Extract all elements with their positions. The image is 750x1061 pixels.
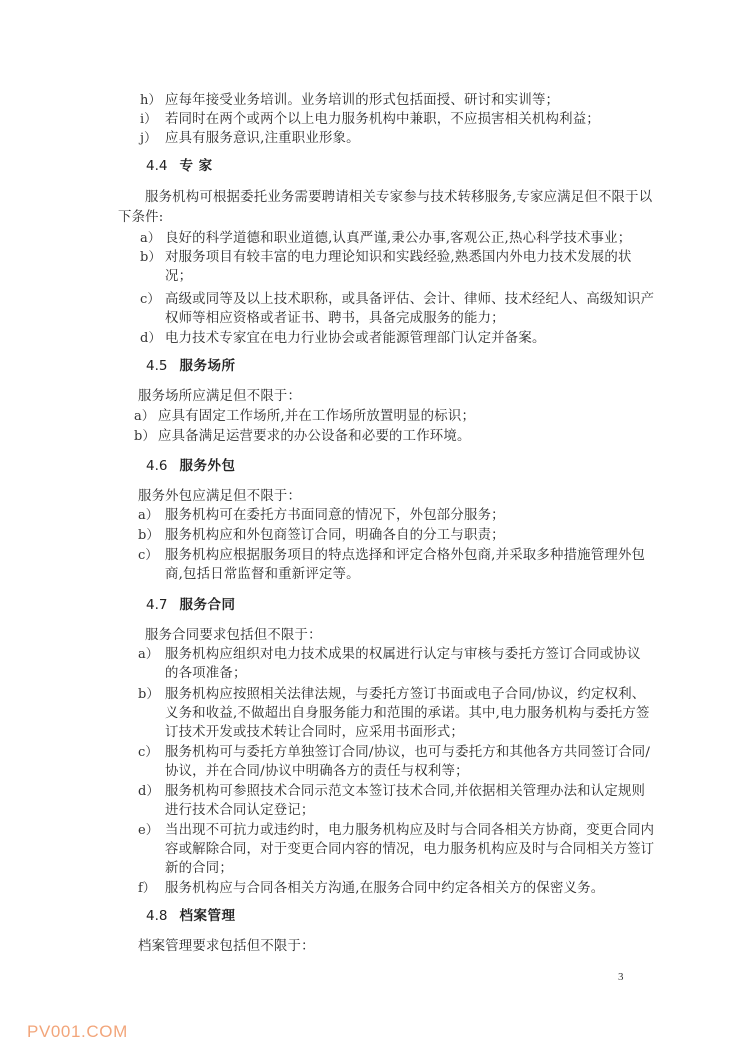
list-marker: c） bbox=[138, 743, 158, 762]
list-item-text: 对服务项目有较丰富的电力理论知识和实践经验,熟悉国内外电力技术发展的状 bbox=[165, 248, 632, 267]
list-marker: a） bbox=[138, 645, 159, 664]
list-item-text: 当出现不可抗力或违约时，电力服务机构应及时与合同各相关方协商，变更合同内 bbox=[165, 821, 654, 840]
list-item-text: 订技术开发或技术转让合同时，应采用书面形式； bbox=[165, 723, 464, 742]
section-title: 档案管理 bbox=[179, 908, 235, 924]
list-marker: e） bbox=[138, 821, 159, 840]
paragraph-line: 服务外包应满足但不限于： bbox=[138, 487, 301, 506]
list-item-text: 协议，并在合同/协议中明确各方的责任与权利等； bbox=[165, 762, 469, 781]
section-heading: 4.6服务外包 bbox=[146, 457, 235, 476]
list-marker: b） bbox=[138, 526, 159, 545]
section-heading: 4.8档案管理 bbox=[146, 907, 235, 926]
list-item-text: 应具有固定工作场所,并在工作场所放置明显的标识； bbox=[158, 407, 475, 426]
list-marker: a） bbox=[140, 229, 161, 248]
list-marker: b） bbox=[138, 685, 159, 704]
section-title: 服务场所 bbox=[179, 358, 235, 374]
list-marker: i） bbox=[140, 110, 157, 129]
list-item-text: 应每年接受业务培训。业务培训的形式包括面授、研讨和实训等； bbox=[165, 91, 559, 110]
list-marker: b） bbox=[134, 427, 155, 446]
watermark: PV001.COM bbox=[27, 1022, 128, 1042]
document-page: h） 应每年接受业务培训。业务培训的形式包括面授、研讨和实训等； i） 若同时在… bbox=[0, 0, 750, 1061]
list-item-text: 服务机构应按照相关法律法规，与委托方签订书面或电子合同/协议，约定权利、 bbox=[165, 685, 645, 704]
list-item-text: 应具有服务意识,注重职业形象。 bbox=[165, 129, 360, 148]
list-marker: f） bbox=[138, 879, 156, 898]
list-item-text: 进行技术合同认定登记； bbox=[165, 801, 315, 820]
list-item-text: 服务机构应与合同各相关方沟通,在服务合同中约定各相关方的保密义务。 bbox=[165, 879, 604, 898]
list-item-text: 服务机构应组织对电力技术成果的权属进行认定与审核与委托方签订合同或协议 bbox=[165, 645, 641, 664]
list-marker: a） bbox=[134, 407, 155, 426]
list-item-text: 况； bbox=[165, 267, 192, 286]
list-item-text: 良好的科学道德和职业道德,认真严谨,秉公办事,客观公正,热心科学技术事业； bbox=[165, 229, 631, 248]
section-heading: 4.7服务合同 bbox=[146, 596, 235, 615]
list-item-text: 权师等相应资格或者证书、聘书，具备完成服务的能力； bbox=[165, 309, 505, 328]
list-marker: j） bbox=[140, 129, 157, 148]
section-number: 4.7 bbox=[146, 597, 167, 613]
list-marker: c） bbox=[140, 290, 160, 309]
list-item-text: 新的合同； bbox=[165, 859, 233, 878]
paragraph-line: 服务合同要求包括但不限于： bbox=[145, 626, 322, 645]
list-item-text: 服务机构可在委托方书面同意的情况下，外包部分服务； bbox=[165, 506, 505, 525]
list-marker: d） bbox=[138, 782, 159, 801]
list-item-text: 容或解除合同，对于变更合同内容的情况，电力服务机构应及时与合同相关方签订 bbox=[165, 840, 654, 859]
list-item-text: 服务机构应和外包商签订合同，明确各自的分工与职责； bbox=[165, 526, 505, 545]
section-title: 服务合同 bbox=[179, 597, 235, 613]
list-item-text: 义务和收益,不做超出自身服务能力和范围的承诺。其中,电力服务机构与委托方签 bbox=[165, 704, 650, 723]
list-item-text: 电力技术专家宜在电力行业协会或者能源管理部门认定并备案。 bbox=[165, 329, 546, 348]
section-number: 4.4 bbox=[146, 158, 167, 174]
paragraph-line: 服务场所应满足但不限于： bbox=[138, 387, 301, 406]
page-number: 3 bbox=[618, 971, 624, 983]
section-number: 4.8 bbox=[146, 908, 167, 924]
list-item-text: 高级或同等及以上技术职称，或具备评估、会计、律师、技术经纪人、高级知识产 bbox=[165, 290, 654, 309]
section-title: 专 家 bbox=[179, 158, 212, 174]
list-item-text: 服务机构可与委托方单独签订合同/协议，也可与委托方和其他各方共同签订合同/ bbox=[165, 743, 650, 762]
paragraph-line: 服务机构可根据委托业务需要聘请相关专家参与技术转移服务,专家应满足但不限于以 bbox=[145, 188, 652, 207]
paragraph-line: 档案管理要求包括但不限于： bbox=[138, 937, 315, 956]
list-marker: d） bbox=[140, 329, 161, 348]
list-item-text: 应具备满足运营要求的办公设备和必要的工作环境。 bbox=[158, 427, 471, 446]
list-item-text: 若同时在两个或两个以上电力服务机构中兼职，不应损害相关机构利益； bbox=[165, 110, 600, 129]
list-item-text: 服务机构可参照技术合同示范文本签订技术合同,并依据相关管理办法和认定规则 bbox=[165, 782, 645, 801]
paragraph-line: 下条件: bbox=[118, 208, 163, 227]
list-item-text: 服务机构应根据服务项目的特点选择和评定合格外包商,并采取多种措施管理外包 bbox=[165, 546, 645, 565]
section-title: 服务外包 bbox=[179, 458, 235, 474]
list-item-text: 的各项准备； bbox=[165, 664, 247, 683]
list-marker: b） bbox=[140, 248, 161, 267]
section-number: 4.5 bbox=[146, 358, 167, 374]
list-item-text: 商,包括日常监督和重新评定等。 bbox=[165, 565, 360, 584]
list-marker: c） bbox=[138, 546, 158, 565]
section-heading: 4.4专 家 bbox=[146, 157, 213, 176]
section-heading: 4.5服务场所 bbox=[146, 357, 235, 376]
list-marker: h） bbox=[140, 91, 161, 110]
section-number: 4.6 bbox=[146, 458, 167, 474]
list-marker: a） bbox=[138, 506, 159, 525]
